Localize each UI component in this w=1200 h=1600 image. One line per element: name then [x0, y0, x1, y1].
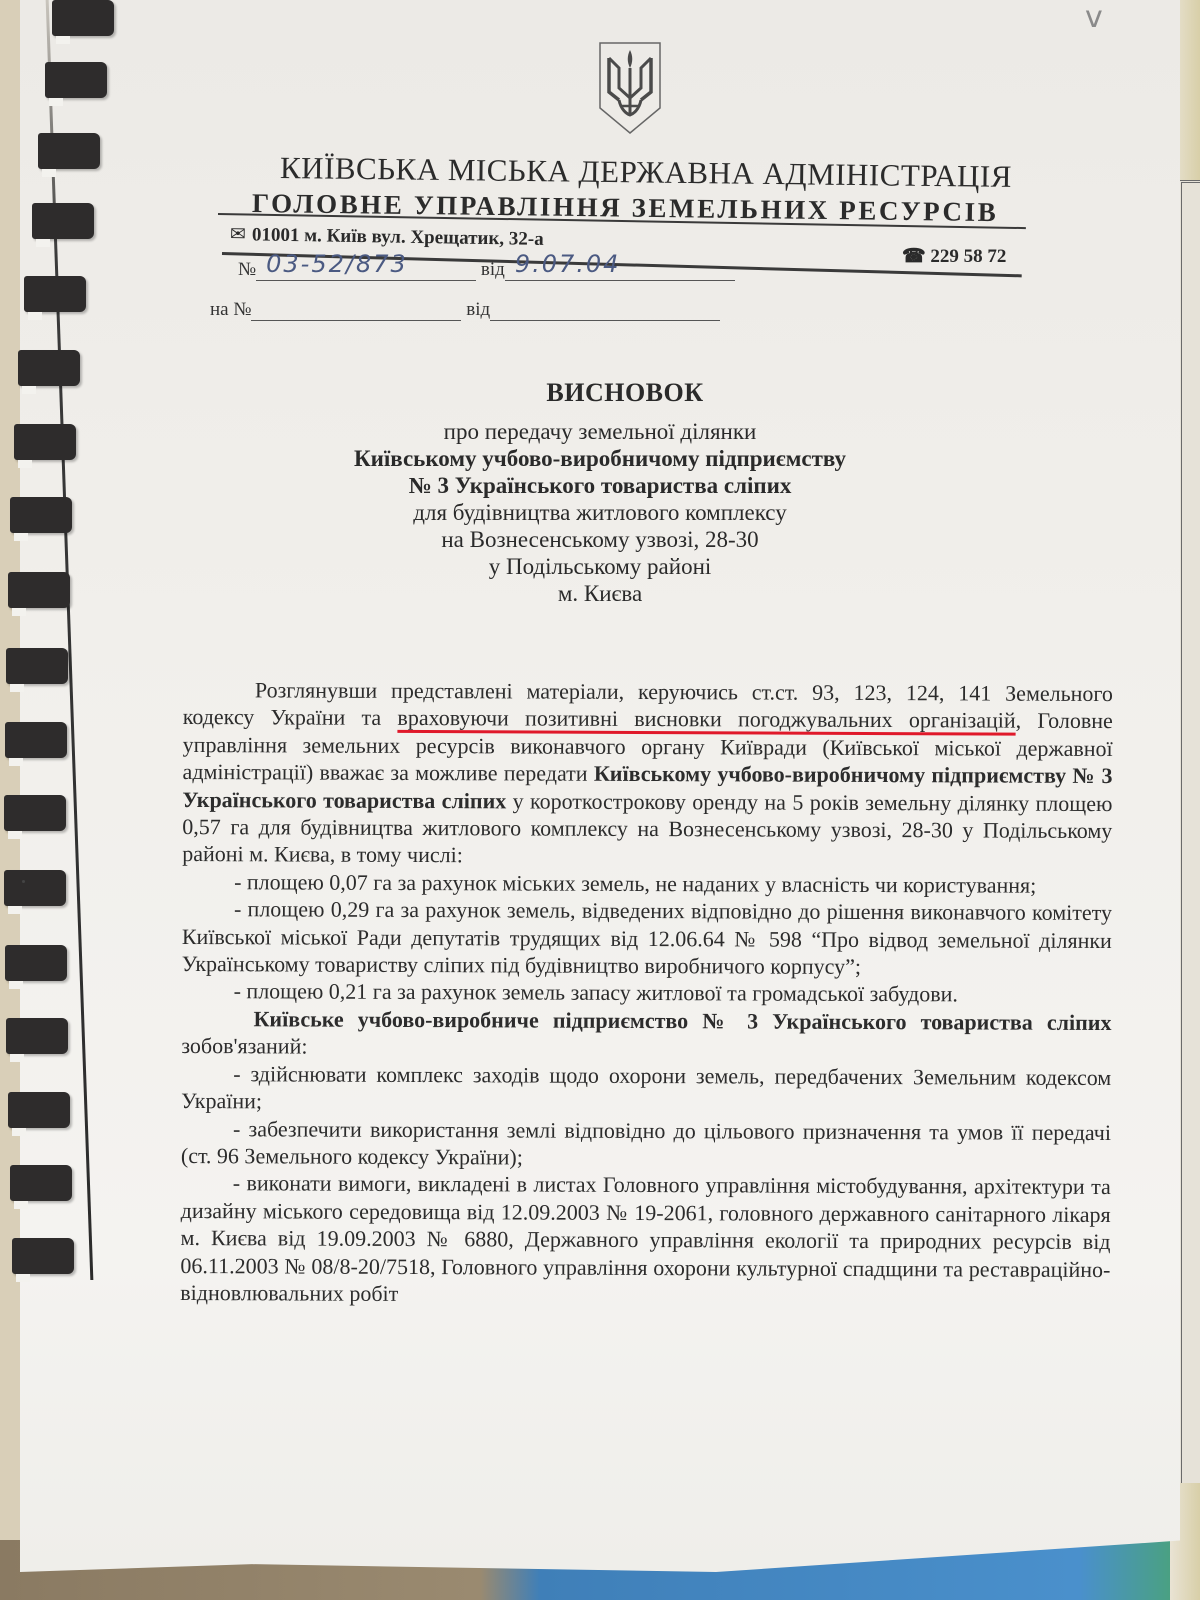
address-line: ✉01001 м. Київ вул. Хрещатик, 32-а — [230, 223, 544, 251]
document-content: v КИЇВСЬКА МІСЬКА ДЕРЖАВНА АДМІНІСТРАЦІЯ… — [0, 0, 1200, 1600]
subject-line: м. Києва — [300, 580, 900, 607]
telephone-icon: ☎ — [902, 246, 926, 267]
recipient-name: Київське учбово-виробниче підприємство №… — [253, 1006, 1111, 1035]
handwritten-checkmark: v — [1085, 0, 1103, 35]
list-item: - площею 0,29 га за рахунок земель, відв… — [182, 895, 1112, 981]
date-label: від — [481, 259, 505, 280]
list-item: - площею 0,07 га за рахунок міських земе… — [182, 868, 1112, 899]
document-subject: про передачу земельної ділянки Київськом… — [300, 418, 900, 607]
document-body: Розглянувши представлені матеріали, керу… — [180, 676, 1113, 1310]
reference-number-row: на № від — [210, 298, 720, 321]
subject-line: у Подільському районі — [300, 553, 900, 580]
paragraph-main: Розглянувши представлені матеріали, керу… — [182, 676, 1113, 872]
paragraph-obligations: Київське учбово-виробниче підприємство №… — [181, 1005, 1111, 1064]
number-label: № — [238, 259, 256, 280]
margin-mark — [22, 880, 25, 883]
list-item: - площею 0,21 га за рахунок земель запас… — [182, 977, 1112, 1008]
phone-line: ☎ 229 58 72 — [902, 245, 1006, 268]
envelope-icon: ✉ — [230, 224, 246, 245]
handwritten-number: 03-52/873 — [266, 250, 408, 278]
address-text: 01001 м. Київ вул. Хрещатик, 32-а — [252, 224, 544, 250]
subject-recipient: Київському учбово-виробничому підприємст… — [300, 445, 900, 472]
subject-recipient: № 3 Українського товариства сліпих — [300, 472, 900, 499]
list-item: - забезпечити використання землі відпові… — [181, 1114, 1111, 1173]
handwritten-date: 9.07.04 — [515, 250, 621, 278]
registration-number-row: №03-52/873 від9.07.04 — [238, 258, 735, 281]
reference-date-label: від — [466, 299, 490, 320]
paragraph-text: зобов'язаний: — [181, 1033, 307, 1059]
subject-line: про передачу земельної ділянки — [300, 418, 900, 445]
reference-label: на № — [210, 299, 251, 320]
subject-line: на Вознесенському узвозі, 28-30 — [300, 526, 900, 553]
red-underlined-text: враховуючи позитивні висновки погоджувал… — [397, 705, 1015, 733]
document-title: ВИСНОВОК — [0, 378, 1200, 408]
organization-name: КИЇВСЬКА МІСЬКА ДЕРЖАВНА АДМІНІСТРАЦІЯ — [280, 150, 1012, 195]
subject-line: для будівництва житлового комплексу — [300, 499, 900, 526]
list-item: - виконати вимоги, викладені в листах Го… — [180, 1169, 1111, 1310]
trident-coat-of-arms-icon — [597, 40, 663, 136]
phone-number: 229 58 72 — [930, 246, 1006, 267]
list-item: - здійснювати комплекс заходів щодо охор… — [181, 1060, 1111, 1119]
